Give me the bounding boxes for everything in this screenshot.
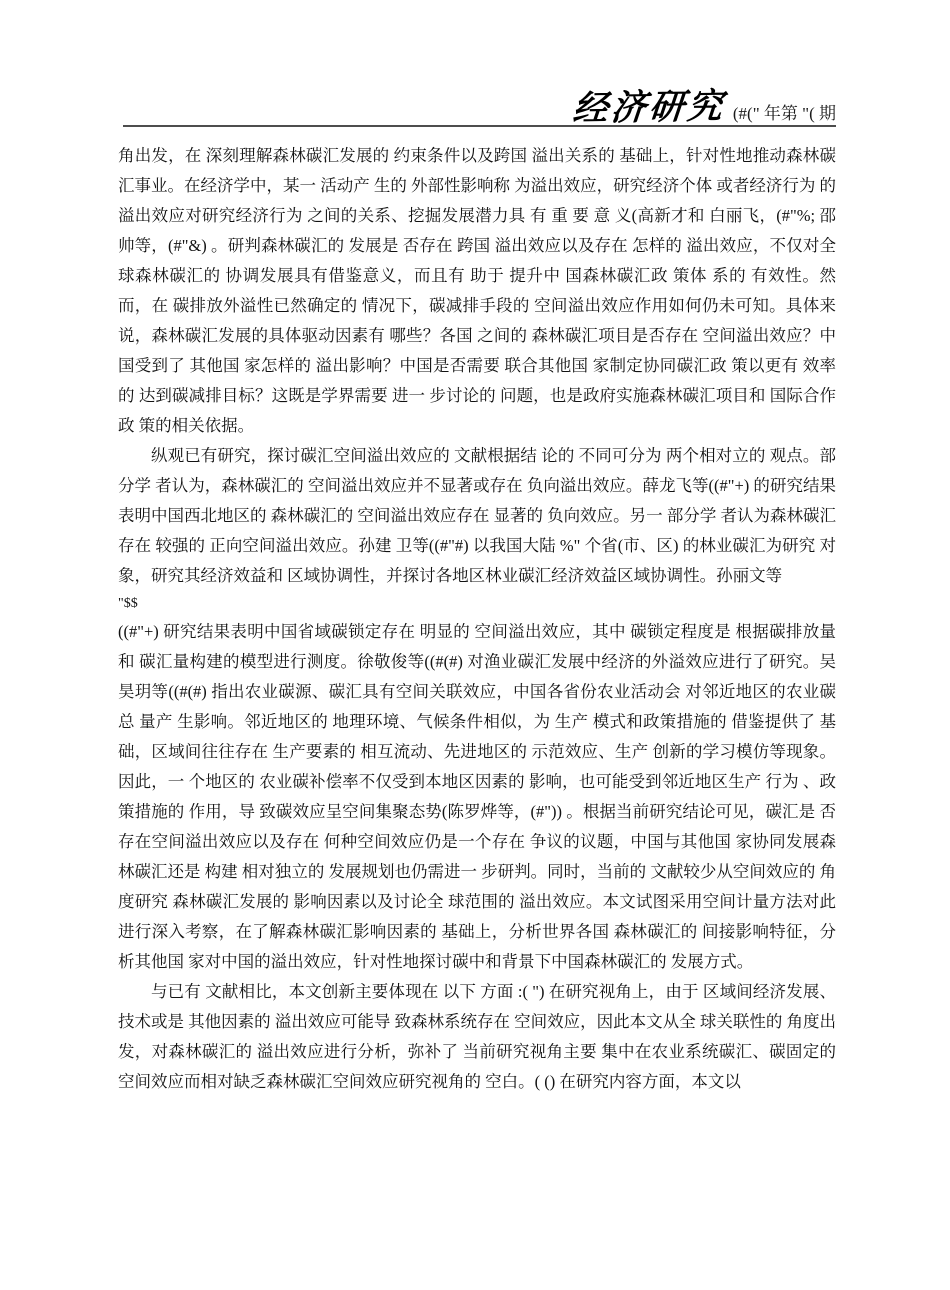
issue-info: (#(" 年第 "( 期 xyxy=(733,105,836,126)
paragraph-4: 与已有 文献相比，本文创新主要体现在 以下 方面 :( ") 在研究视角上，由于… xyxy=(118,977,836,1097)
paragraph-2: 纵观已有研究，探讨碳汇空间溢出效应的 文献根据结 论的 不同可分为 两个相对立的… xyxy=(118,441,836,591)
paragraph-1: 角出发，在 深刻理解森林碳汇发展的 约束条件以及跨国 溢出关系的 基础上，针对性… xyxy=(118,141,836,441)
paragraph-3: ((#"+) 研究结果表明中国省域碳锁定存在 明显的 空间溢出效应，其中 碳锁定… xyxy=(118,617,836,977)
article-body: 角出发，在 深刻理解森林碳汇发展的 约束条件以及跨国 溢出关系的 基础上，针对性… xyxy=(118,141,836,1097)
header-rule xyxy=(123,125,836,127)
footnote-marker: "$$ xyxy=(118,591,836,617)
journal-masthead: 经济研究 (#(" 年第 "( 期 xyxy=(118,82,836,126)
document-page: 经济研究 (#(" 年第 "( 期 角出发，在 深刻理解森林碳汇发展的 约束条件… xyxy=(0,0,950,1290)
journal-logo: 经济研究 xyxy=(571,89,726,128)
